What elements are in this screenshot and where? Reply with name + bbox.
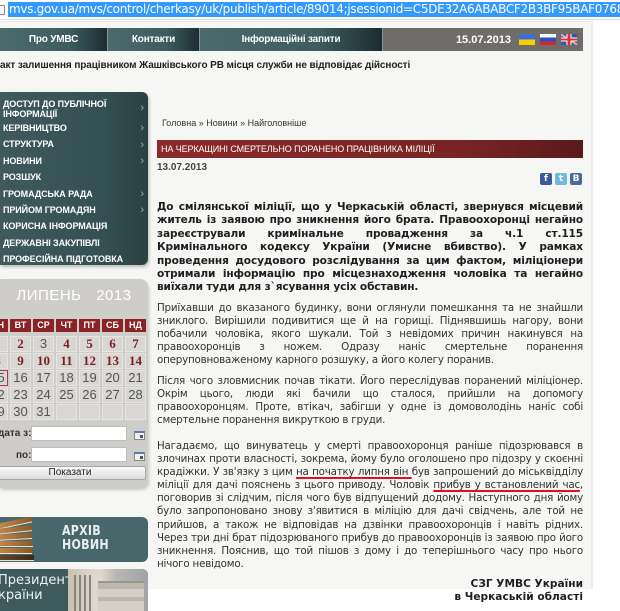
calendar-day[interactable]: 24 <box>33 387 54 403</box>
sidebar-item-4[interactable]: Новини› <box>0 153 148 169</box>
chevron-right-icon: › <box>140 102 144 114</box>
date-to-label: по: <box>16 450 31 461</box>
sidebar-menu: Доступ до публічної інформації›Керівницт… <box>0 92 148 265</box>
calendar-day[interactable]: 17 <box>33 370 54 386</box>
address-bar[interactable]: mvs.gov.ua/mvs/control/cherkasy/uk/publi… <box>0 0 620 20</box>
news-archive-banner[interactable]: АРХІВ НОВИН <box>0 517 148 562</box>
calendar-empty-cell <box>125 404 146 420</box>
breadcrumb-news[interactable]: Новини <box>206 118 237 128</box>
calendar-picker-icon[interactable] <box>134 452 145 461</box>
calendar-day[interactable]: 9 <box>10 353 31 369</box>
calendar-day[interactable]: 13 <box>102 353 123 369</box>
calendar-grid: ПНВТСРЧТПТСБНД12345678910111213141516171… <box>0 319 146 420</box>
sidebar-item-label: Професійна підготовка <box>3 254 123 264</box>
date-from-input[interactable] <box>31 426 127 441</box>
nav-info-requests[interactable]: Інформаційні запити <box>200 28 383 51</box>
show-button[interactable]: Показати <box>0 466 146 480</box>
sidebar-item-label: Розшук <box>3 172 41 182</box>
sidebar-item-6[interactable]: Громадська рада› <box>0 186 148 202</box>
calendar-empty-cell <box>56 404 77 420</box>
calendar-day[interactable]: 20 <box>102 370 123 386</box>
calendar-day[interactable]: 14 <box>125 353 146 369</box>
page-icon <box>0 5 5 15</box>
sidebar-item-label: Громадська рада <box>3 189 93 199</box>
calendar-empty-cell <box>102 404 123 420</box>
breadcrumb-separator: » <box>199 118 204 128</box>
president-label: Президент країни <box>0 573 72 589</box>
date-to-input[interactable] <box>31 447 127 462</box>
breadcrumb: Головна » Новини » Найголовніше <box>162 118 306 128</box>
breadcrumb-home[interactable]: Головна <box>162 118 196 128</box>
sidebar-item-label: Доступ до публічної інформації <box>3 99 106 119</box>
sidebar-item-7[interactable]: Прийом громадян› <box>0 202 148 218</box>
breadcrumb-separator: » <box>240 118 245 128</box>
weekday-header: ПН <box>0 319 8 332</box>
calendar-day[interactable]: 28 <box>125 387 146 403</box>
sidebar-item-10[interactable]: Професійна підготовка <box>0 251 148 267</box>
calendar-month: ЛИПЕНЬ <box>16 287 81 304</box>
calendar-day[interactable]: 22 <box>0 387 8 403</box>
vkontakte-icon[interactable]: B <box>570 173 582 185</box>
calendar-day[interactable]: 19 <box>79 370 100 386</box>
weekday-header: ВТ <box>10 319 31 332</box>
calendar-day[interactable]: 7 <box>125 336 146 352</box>
breadcrumb-top-news[interactable]: Найголовніше <box>248 118 307 128</box>
calendar-empty-cell <box>79 404 100 420</box>
calendar-day[interactable]: 1 <box>0 336 8 352</box>
sidebar-item-8[interactable]: Корисна інформація <box>0 218 148 234</box>
highlighted-phrase: на початку липня він <box>296 466 412 478</box>
calendar-day[interactable]: 6 <box>102 336 123 352</box>
chevron-right-icon: › <box>140 204 144 216</box>
news-ticker[interactable]: акт залишення працівником Жашківського Р… <box>0 60 590 71</box>
url-text[interactable]: mvs.gov.ua/mvs/control/cherkasy/uk/publi… <box>8 2 620 17</box>
chevron-right-icon: › <box>140 188 144 200</box>
article-signature: СЗГ УМВС України в Черкаській області <box>383 578 583 589</box>
calendar-day[interactable]: 2 <box>10 336 31 352</box>
article-date: 13.07.2013 <box>157 162 207 173</box>
facebook-icon[interactable]: f <box>540 173 552 185</box>
books-icon <box>0 520 36 562</box>
sidebar-item-5[interactable]: Розшук <box>0 169 148 185</box>
calendar-day[interactable]: 4 <box>56 336 77 352</box>
sidebar-item-label: Корисна інформація <box>3 221 107 231</box>
page-edge <box>591 21 593 589</box>
calendar-day[interactable]: 23 <box>10 387 31 403</box>
calendar-day[interactable]: 8 <box>0 353 8 369</box>
chevron-right-icon: › <box>140 155 144 167</box>
weekday-header: НД <box>125 319 146 332</box>
weekday-header: СБ <box>102 319 123 332</box>
page: Про УМВС Контакти Інформаційні запити 15… <box>0 21 591 589</box>
archive-label: АРХІВ НОВИН <box>62 525 109 553</box>
flag-russia-icon[interactable] <box>540 34 556 45</box>
article-lead: До смілянської міліції, що у Черкаській … <box>157 201 583 295</box>
current-date: 15.07.2013 <box>456 34 511 46</box>
share-buttons: f t B <box>540 173 582 185</box>
building-photo <box>68 569 148 589</box>
date-from-label: дата з: <box>0 428 31 439</box>
sidebar-item-2[interactable]: Керівництво› <box>0 120 148 136</box>
weekday-header: СР <box>33 319 54 332</box>
sidebar-item-label: Новини <box>3 156 42 166</box>
sidebar-item-1[interactable]: Доступ до публічної інформації› <box>0 96 148 120</box>
calendar-day[interactable]: 27 <box>102 387 123 403</box>
sidebar-item-label: Державні закупівлі <box>3 238 100 248</box>
top-nav: Про УМВС Контакти Інформаційні запити 15… <box>0 28 583 51</box>
calendar-day[interactable]: 25 <box>56 387 77 403</box>
highlighted-phrase: прибув у встановлений час <box>433 479 580 491</box>
calendar-picker-icon[interactable] <box>134 431 145 440</box>
nav-contacts[interactable]: Контакти <box>108 28 200 51</box>
calendar-day[interactable]: 5 <box>79 336 100 352</box>
calendar-day[interactable]: 10 <box>33 353 54 369</box>
calendar-day[interactable]: 21 <box>125 370 146 386</box>
president-banner[interactable]: Президент країни <box>0 569 148 589</box>
calendar-day[interactable]: 31 <box>33 404 54 420</box>
twitter-icon[interactable]: t <box>555 173 567 185</box>
article-title: НА ЧЕРКАЩИНІ СМЕРТЕЛЬНО ПОРАНЕНО ПРАЦІВН… <box>157 140 583 158</box>
sidebar-item-label: Прийом громадян <box>3 205 96 215</box>
calendar-day[interactable]: 30 <box>10 404 31 420</box>
sidebar-item-label: Керівництво <box>3 123 67 133</box>
weekday-header: ЧТ <box>56 319 77 332</box>
nav-about[interactable]: Про УМВС <box>0 28 108 51</box>
calendar-day[interactable]: 29 <box>0 404 8 420</box>
calendar-day[interactable]: 26 <box>79 387 100 403</box>
calendar-title: ЛИПЕНЬ 2013 <box>0 287 148 304</box>
sidebar-item-3[interactable]: Структура› <box>0 136 148 152</box>
calendar-day[interactable]: 11 <box>56 353 77 369</box>
article-paragraph: Нагадаємо, що винуватець у смерті правоо… <box>157 440 583 571</box>
sidebar-item-9[interactable]: Державні закупівлі <box>0 235 148 251</box>
news-calendar: ЛИПЕНЬ 2013 ПНВТСРЧТПТСБНД12345678910111… <box>0 279 148 488</box>
flag-uk-icon[interactable] <box>561 34 577 45</box>
calendar-day[interactable]: 12 <box>79 353 100 369</box>
flag-ukraine-icon[interactable] <box>519 34 535 45</box>
date-language-bar: 15.07.2013 <box>383 28 583 51</box>
calendar-day[interactable]: 16 <box>10 370 31 386</box>
sidebar-item-label: Структура <box>3 139 54 149</box>
calendar-day[interactable]: 3 <box>33 336 54 352</box>
calendar-day[interactable]: 18 <box>56 370 77 386</box>
calendar-year: 2013 <box>96 287 131 304</box>
chevron-right-icon: › <box>140 139 144 151</box>
calendar-day[interactable]: 15 <box>0 370 8 386</box>
article-paragraph: Після чого зловмисник почав тікати. Його… <box>157 375 583 427</box>
article-paragraph: Приїхавши до вказаного будинку, вони огл… <box>157 302 583 367</box>
chevron-right-icon: › <box>140 122 144 134</box>
weekday-header: ПТ <box>79 319 100 332</box>
